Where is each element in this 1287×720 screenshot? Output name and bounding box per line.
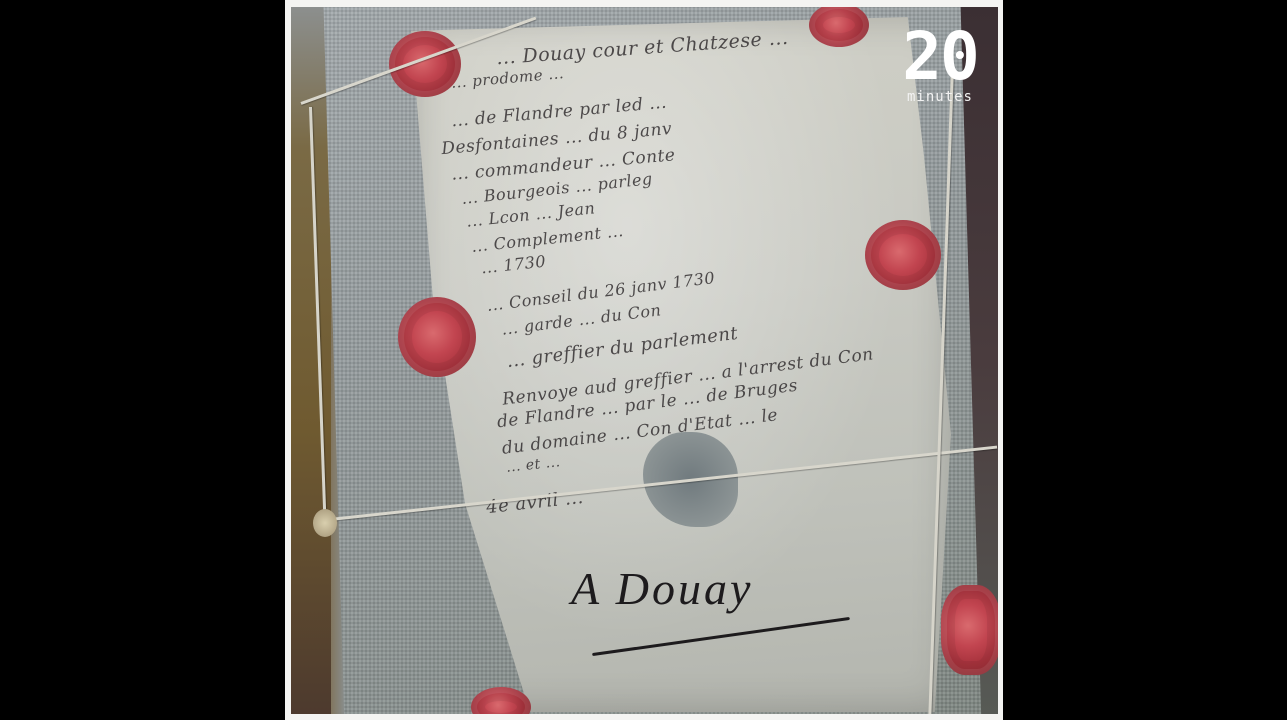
logo-number: 20: [897, 24, 983, 90]
logo-word: minutes: [897, 90, 983, 104]
brand-logo: 20 minutes: [897, 24, 983, 114]
document-photo: ... Douay cour et Chatzese ... ... prodo…: [291, 7, 998, 714]
signature: A Douay: [571, 562, 753, 615]
wax-seal-top-left: [389, 31, 461, 97]
wax-seal-left: [398, 297, 476, 377]
string-knot: [313, 509, 337, 537]
wax-seal-right: [865, 220, 941, 290]
wax-seal-bottom-right: [941, 585, 998, 675]
